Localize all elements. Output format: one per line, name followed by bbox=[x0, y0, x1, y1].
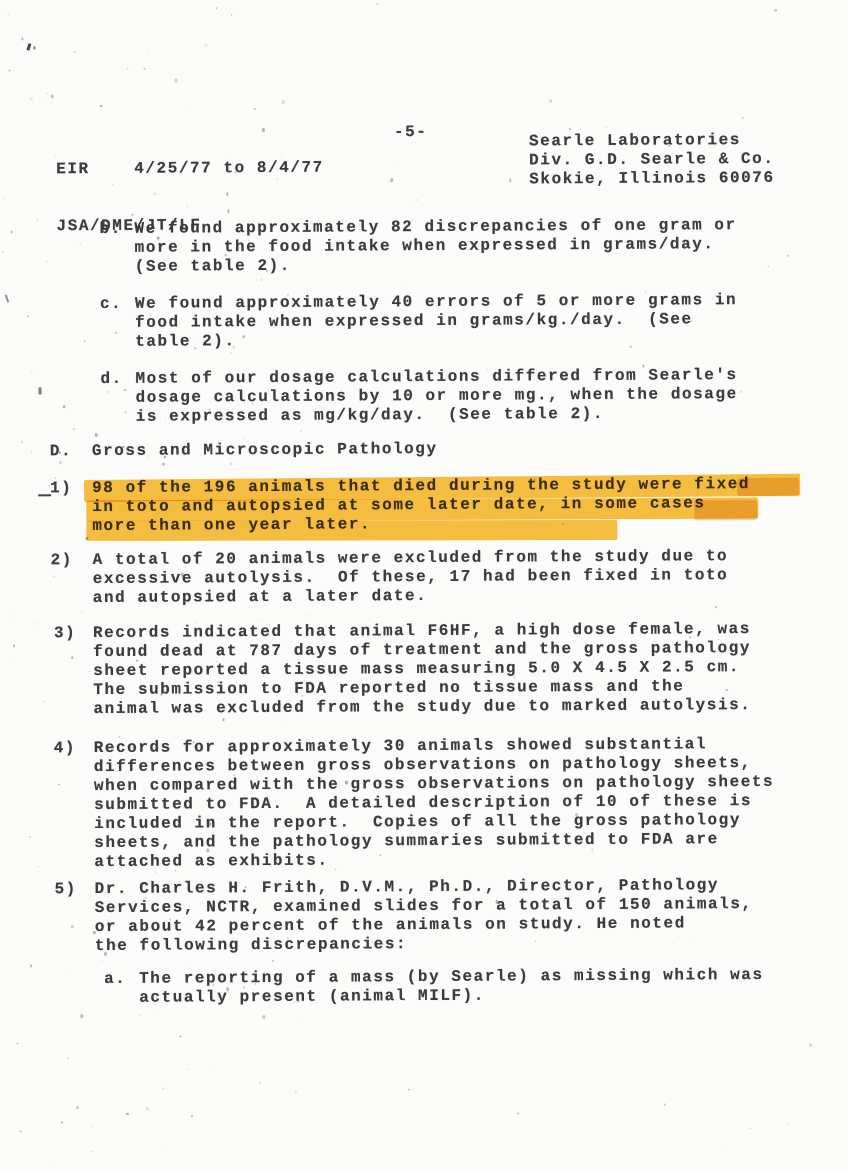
noise-speck bbox=[768, 266, 769, 267]
noise-speck bbox=[155, 872, 156, 874]
highlight-marker bbox=[0, 0, 845, 3]
list-item-label: 3) bbox=[54, 624, 76, 643]
list-item-text: Records indicated that animal F6HF, a hi… bbox=[93, 620, 752, 719]
noise-speck bbox=[21, 38, 24, 41]
noise-speck bbox=[154, 1014, 156, 1015]
list-item-text: We found approximately 40 errors of 5 or… bbox=[135, 291, 738, 352]
scan-stray-mark bbox=[38, 387, 41, 394]
scan-stray-mark bbox=[26, 43, 31, 51]
noise-speck bbox=[416, 199, 418, 201]
list-item-2: 2) A total of 20 animals were excluded f… bbox=[1, 546, 848, 551]
section-heading: D. Gross and Microscopic Pathology bbox=[0, 437, 848, 442]
noise-speck bbox=[261, 619, 262, 620]
noise-speck bbox=[84, 340, 85, 342]
list-item-5: 5) Dr. Charles H. Frith, D.V.M., Ph.D., … bbox=[3, 875, 848, 880]
noise-speck bbox=[774, 9, 776, 11]
noise-speck bbox=[76, 1106, 79, 1109]
noise-speck bbox=[29, 836, 32, 838]
noise-speck bbox=[306, 613, 307, 615]
section-title: Gross and Microscopic Pathology bbox=[92, 440, 438, 461]
noise-speck bbox=[377, 2, 379, 5]
list-item-label: c. bbox=[100, 295, 122, 314]
header-eir-line: EIR 4/25/77 to 8/4/77 bbox=[56, 159, 324, 180]
list-item-d: d. Most of our dosage calculations diffe… bbox=[0, 365, 847, 370]
noise-speck bbox=[67, 1058, 69, 1060]
list-item-label: 2) bbox=[50, 551, 72, 570]
noise-speck bbox=[187, 1068, 189, 1070]
noise-speck bbox=[92, 1151, 93, 1152]
noise-speck bbox=[95, 433, 98, 437]
list-item-label: d. bbox=[100, 370, 122, 389]
noise-speck bbox=[261, 279, 262, 281]
noise-speck bbox=[46, 93, 48, 94]
list-item-a: a. The reporting of a mass (by Searle) a… bbox=[3, 965, 848, 970]
list-item-text: Most of our dosage calculations differed… bbox=[135, 366, 738, 427]
pen-underline-mark bbox=[38, 494, 51, 496]
noise-speck bbox=[263, 1015, 266, 1019]
noise-speck bbox=[509, 178, 511, 182]
noise-speck bbox=[549, 99, 552, 102]
noise-speck bbox=[282, 100, 285, 104]
list-item-label: a. bbox=[104, 970, 126, 989]
noise-speck bbox=[146, 1107, 149, 1111]
noise-speck bbox=[715, 606, 717, 608]
noise-speck bbox=[59, 462, 62, 465]
list-item-label: 4) bbox=[54, 739, 76, 758]
noise-speck bbox=[30, 97, 33, 101]
noise-speck bbox=[175, 78, 178, 82]
noise-speck bbox=[4, 198, 6, 200]
scanned-document-page: EIR 4/25/77 to 8/4/77 JSA/DME/JT/LF -5- … bbox=[0, 0, 848, 1171]
noise-speck bbox=[7, 13, 9, 16]
noise-speck bbox=[51, 94, 54, 98]
scan-stray-mark bbox=[5, 294, 10, 302]
noise-speck bbox=[71, 656, 73, 659]
list-item-label: 1) bbox=[50, 479, 72, 498]
list-item-4: 4) Records for approximately 30 animals … bbox=[2, 734, 848, 739]
noise-speck bbox=[58, 441, 59, 442]
noise-speck bbox=[67, 972, 68, 974]
noise-speck bbox=[107, 391, 109, 393]
noise-speck bbox=[272, 960, 274, 962]
list-item-label: 5) bbox=[55, 880, 77, 899]
noise-speck bbox=[180, 1035, 182, 1037]
noise-speck bbox=[299, 430, 302, 432]
noise-speck bbox=[147, 50, 149, 52]
noise-speck bbox=[37, 867, 38, 868]
noise-speck bbox=[21, 440, 23, 443]
noise-speck bbox=[96, 308, 98, 310]
noise-speck bbox=[16, 1043, 18, 1045]
noise-speck bbox=[191, 1116, 193, 1117]
noise-speck bbox=[184, 108, 186, 110]
noise-speck bbox=[162, 1087, 165, 1089]
noise-speck bbox=[299, 1023, 300, 1025]
noise-speck bbox=[163, 1150, 164, 1151]
noise-speck bbox=[80, 1014, 83, 1018]
noise-speck bbox=[46, 261, 48, 263]
noise-speck bbox=[243, 438, 244, 439]
noise-speck bbox=[254, 108, 256, 110]
list-item-text: Records for approximately 30 animals sho… bbox=[94, 735, 775, 872]
noise-speck bbox=[71, 925, 74, 929]
noise-speck bbox=[124, 389, 127, 391]
noise-speck bbox=[516, 1112, 519, 1114]
noise-speck bbox=[606, 127, 607, 128]
list-item-label: b. bbox=[99, 220, 121, 239]
noise-speck bbox=[73, 51, 75, 53]
noise-speck bbox=[9, 70, 11, 72]
document-sheet: EIR 4/25/77 to 8/4/77 JSA/DME/JT/LF -5- … bbox=[0, 0, 848, 1171]
noise-speck bbox=[664, 1103, 667, 1105]
noise-speck bbox=[52, 575, 54, 577]
noise-speck bbox=[31, 372, 33, 373]
noise-speck bbox=[101, 960, 103, 962]
noise-speck bbox=[115, 332, 117, 334]
noise-speck bbox=[209, 1067, 210, 1068]
noise-speck bbox=[92, 1126, 93, 1127]
highlight-overlap-patch bbox=[694, 500, 757, 520]
highlight-overlap-patch bbox=[737, 478, 799, 496]
page-number: -5- bbox=[394, 123, 428, 142]
noise-speck bbox=[37, 220, 39, 222]
noise-speck bbox=[162, 463, 165, 466]
highlight-bar bbox=[86, 520, 617, 541]
noise-speck bbox=[58, 784, 60, 786]
noise-speck bbox=[723, 1150, 724, 1151]
noise-speck bbox=[124, 411, 126, 414]
noise-speck bbox=[750, 1128, 751, 1129]
noise-speck bbox=[61, 1121, 63, 1123]
noise-speck bbox=[786, 255, 789, 257]
noise-speck bbox=[73, 428, 75, 430]
list-item-text: The reporting of a mass (by Searle) as m… bbox=[139, 966, 764, 1008]
noise-speck bbox=[13, 616, 14, 617]
noise-speck bbox=[27, 315, 29, 318]
noise-speck bbox=[788, 1123, 789, 1124]
noise-speck bbox=[126, 1113, 128, 1115]
noise-speck bbox=[810, 1044, 812, 1047]
noise-speck bbox=[13, 645, 15, 648]
noise-speck bbox=[139, 1013, 141, 1015]
noise-speck bbox=[408, 1089, 409, 1090]
list-item-c: c. We found approximately 40 errors of 5… bbox=[0, 290, 847, 295]
noise-speck bbox=[403, 284, 404, 285]
noise-speck bbox=[742, 117, 745, 119]
noise-speck bbox=[19, 1130, 22, 1133]
noise-speck bbox=[740, 390, 743, 392]
list-item-text: We found approximately 82 discrepancies … bbox=[134, 216, 737, 277]
list-item-text: A total of 20 animals were excluded from… bbox=[92, 547, 728, 608]
noise-speck bbox=[216, 8, 217, 10]
list-item-text: Dr. Charles H. Frith, D.V.M., Ph.D., Dir… bbox=[95, 876, 753, 956]
noise-speck bbox=[43, 700, 45, 703]
noise-speck bbox=[230, 352, 232, 354]
noise-speck bbox=[230, 462, 232, 464]
highlight-bar bbox=[86, 498, 758, 522]
noise-speck bbox=[80, 611, 81, 612]
noise-speck bbox=[50, 1167, 51, 1168]
noise-speck bbox=[295, 1091, 296, 1093]
noise-speck bbox=[2, 251, 3, 252]
noise-speck bbox=[89, 671, 90, 672]
noise-speck bbox=[569, 128, 571, 130]
noise-speck bbox=[63, 405, 65, 408]
noise-speck bbox=[30, 450, 32, 452]
noise-speck bbox=[30, 965, 33, 968]
noise-speck bbox=[41, 98, 43, 100]
noise-speck bbox=[144, 68, 146, 70]
noise-speck bbox=[127, 67, 129, 70]
noise-speck bbox=[390, 178, 393, 182]
noise-speck bbox=[100, 105, 103, 108]
scan-stray-mark bbox=[33, 46, 35, 49]
noise-speck bbox=[260, 1082, 261, 1084]
noise-speck bbox=[10, 231, 13, 234]
noise-speck bbox=[186, 965, 188, 966]
noise-speck bbox=[34, 623, 35, 624]
section-label: D. bbox=[50, 442, 72, 461]
noise-speck bbox=[585, 718, 586, 720]
noise-speck bbox=[9, 657, 10, 658]
scan-noise-layer bbox=[0, 0, 845, 3]
list-item-3: 3) Records indicated that animal F6HF, a… bbox=[1, 619, 848, 624]
noise-speck bbox=[393, 160, 394, 161]
noise-speck bbox=[282, 720, 283, 721]
noise-speck bbox=[223, 719, 225, 722]
noise-speck bbox=[204, 43, 207, 47]
noise-speck bbox=[119, 736, 120, 738]
recipient-address: Searle Laboratories Div. G.D. Searle & C… bbox=[529, 131, 775, 189]
noise-speck bbox=[231, 14, 233, 15]
